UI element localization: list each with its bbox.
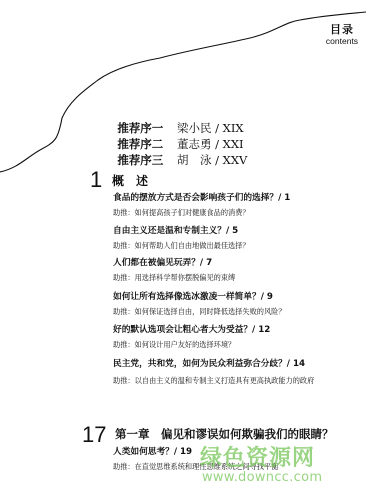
section-number: 1 xyxy=(90,168,102,192)
toc-title-en: contents xyxy=(317,36,367,46)
toc-entry[interactable]: 人们都在被偏见玩弄？/ 7 助推：用选择科学帮你摆脱偏见的束缚 xyxy=(113,257,368,284)
entry-title: 人们都在被偏见玩弄？/ 7 xyxy=(113,257,368,269)
entry-subtitle: 助推：如何帮助人们自由地做出最佳选择？ xyxy=(113,240,368,252)
preface-item[interactable]: 推荐序三 胡 泳 / XXV xyxy=(110,139,247,167)
entry-subtitle: 助推：如何提高孩子们对健康食品的消费？ xyxy=(113,207,368,219)
entry-title: 食品的摆放方式是否会影响孩子们的选择？/ 1 xyxy=(113,192,368,204)
watermark-url: www.downcc.com xyxy=(202,471,322,485)
entry-title: 好的默认选项会让粗心者大为受益？/ 12 xyxy=(113,324,368,336)
entry-subtitle: 助推：用选择科学帮你摆脱偏见的束缚 xyxy=(113,272,368,284)
entry-title: 如何让所有选择像选冰激凌一样简单？/ 9 xyxy=(113,291,368,303)
toc-title-zh: 目录 xyxy=(317,24,367,36)
watermark: 绿色资源网 www.downcc.com xyxy=(200,447,322,485)
watermark-text: 绿色资源网 xyxy=(200,447,322,471)
entry-subtitle: 助推：如何保证选择自由，同时降低选择失败的风险？ xyxy=(113,306,368,318)
toc-entry[interactable]: 自由主义还是温和专制主义？/ 5 助推：如何帮助人们自由地做出最佳选择？ xyxy=(113,225,368,252)
entry-subtitle: 助推：如何设计用户友好的选择环境？ xyxy=(113,339,368,351)
preface-author: 胡 泳 xyxy=(177,153,212,167)
preface-page: XXV xyxy=(223,153,248,167)
toc-entry[interactable]: 好的默认选项会让粗心者大为受益？/ 12 助推：如何设计用户友好的选择环境？ xyxy=(113,324,368,351)
section-title[interactable]: 第一章 偏见和谬误如何欺骗我们的眼睛？ xyxy=(115,426,334,442)
toc-header: 目录 contents xyxy=(317,24,367,46)
entry-title: 自由主义还是温和专制主义？/ 5 xyxy=(113,225,368,237)
section-title[interactable]: 概 述 xyxy=(112,172,148,189)
preface-label: 推荐序三 xyxy=(117,153,173,167)
toc-entry[interactable]: 如何让所有选择像选冰激凌一样简单？/ 9 助推：如何保证选择自由，同时降低选择失… xyxy=(113,291,368,318)
entry-subtitle: 助推：以自由主义的温和专制主义打造具有更高执政能力的政府 xyxy=(113,373,333,389)
section-number: 17 xyxy=(82,423,106,447)
toc-entry[interactable]: 民主党，共和党，如何为民众利益弥合分歧？/ 14 助推：以自由主义的温和专制主义… xyxy=(113,358,333,389)
toc-entry[interactable]: 食品的摆放方式是否会影响孩子们的选择？/ 1 助推：如何提高孩子们对健康食品的消… xyxy=(113,192,368,219)
entry-title: 民主党，共和党，如何为民众利益弥合分歧？/ 14 xyxy=(113,358,333,370)
